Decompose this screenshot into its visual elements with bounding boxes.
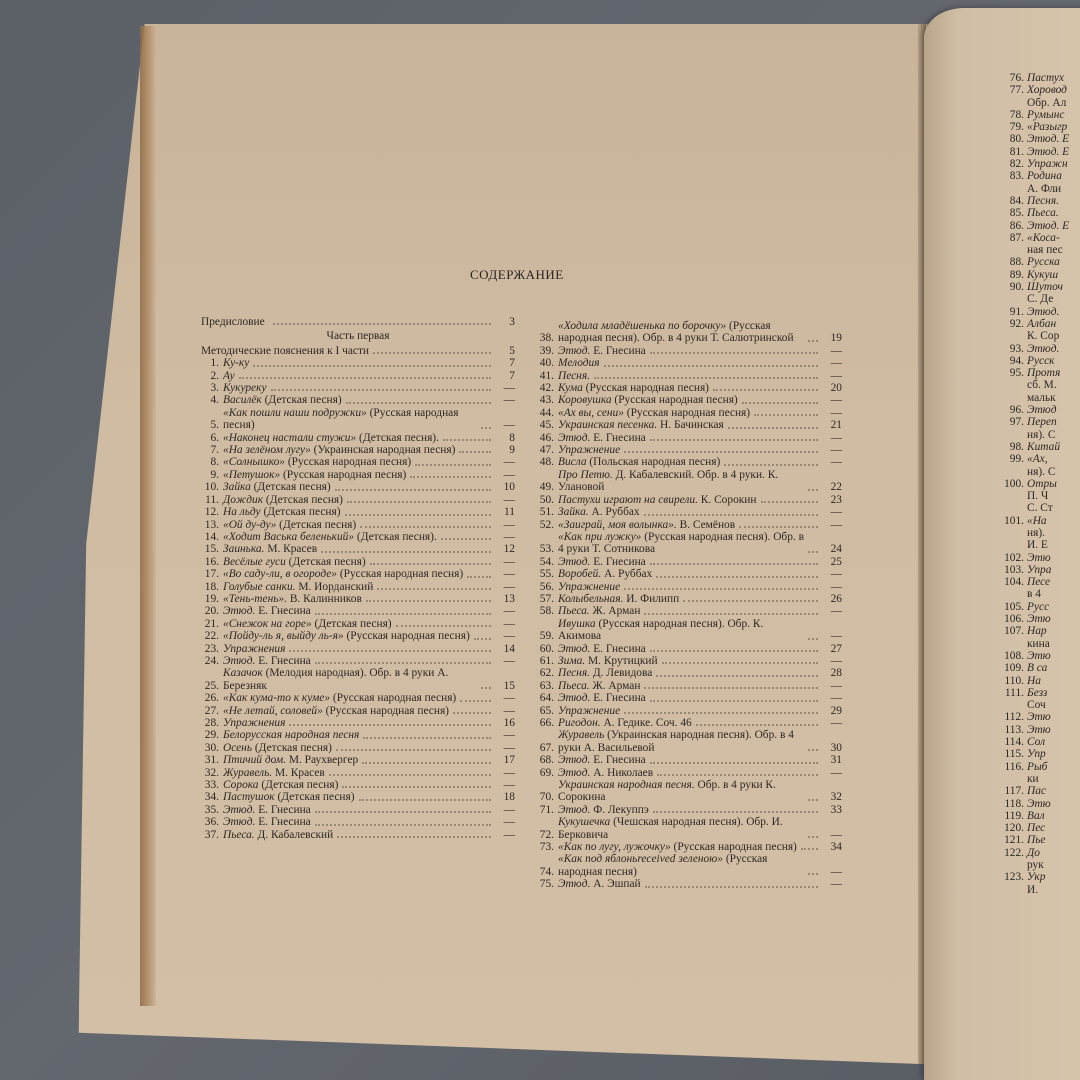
entry-subtitle: (Детская песня) — [263, 506, 340, 518]
entry-number: 12. — [201, 506, 219, 518]
dot-leader — [724, 464, 818, 466]
entry-subtitle: (Русская народная песня) — [326, 705, 449, 717]
entry-page-number: — — [822, 680, 842, 692]
entry-title: Ивушка — [558, 618, 596, 630]
entry-number: 3. — [201, 382, 219, 394]
toc-entry: 6.«Наконец настали стужи» (Детская песня… — [201, 432, 515, 444]
entry-number: 118. — [1000, 798, 1024, 810]
entry-number: 41. — [536, 370, 554, 382]
entry-page-number: 25 — [822, 556, 842, 568]
method-notes-page: 5 — [495, 345, 515, 357]
entry-number: 75. — [536, 878, 554, 890]
entry-number: 11. — [201, 494, 219, 506]
toc-entry-partial: 111.Безз — [1000, 687, 1080, 699]
entry-number: 77. — [1000, 84, 1024, 96]
entry-title: Этюд. — [558, 804, 590, 816]
toc-entry: 41.Песня. — — [536, 370, 842, 382]
entry-continuation: мальк — [1000, 392, 1080, 404]
entry-title: Сорока — [223, 779, 259, 791]
entry-title: Этю — [1027, 724, 1051, 736]
entry-page-number: — — [495, 816, 515, 828]
entry-number: 51. — [536, 506, 554, 518]
toc-entry: 60.Этюд. Е. Гнесина27 — [536, 643, 842, 655]
entry-subtitle: М. Крутицкий — [588, 655, 658, 667]
entry-title: Этюд. Е — [1027, 220, 1069, 232]
entry-title: «Как кума-то к куме» — [223, 692, 330, 704]
entry-page-number: 29 — [822, 705, 842, 717]
entry-title: «Пойду-ль я, выйду ль-я» — [223, 630, 344, 642]
entry-number: 22. — [201, 630, 219, 642]
entry-continuation: ня). С — [1000, 429, 1080, 441]
entry-title: Этюд. — [1027, 343, 1059, 355]
entry-subtitle: (Русская народная песня) — [288, 456, 411, 468]
toc-entry: 47.Упражнение — — [536, 444, 842, 456]
entry-title: Песня. — [558, 370, 590, 382]
entry-page-number: — — [495, 382, 515, 394]
entry-title: Василёк — [223, 394, 262, 406]
entry-page-number: 12 — [495, 543, 515, 555]
entry-number: 102. — [1000, 552, 1024, 564]
entry-number: 117. — [1000, 785, 1024, 797]
entry-title: Песня. — [558, 667, 590, 679]
dot-leader — [713, 389, 818, 391]
entry-title: Этюд. — [558, 767, 590, 779]
entry-title: «Разыгр — [1027, 121, 1067, 133]
entry-subtitle: А. Руббах — [604, 568, 652, 580]
entry-subtitle: Е. Гнесина — [593, 754, 646, 766]
entry-title: Пастухи играют на свирели. — [558, 494, 698, 506]
dot-leader — [289, 724, 491, 726]
dot-leader — [336, 749, 491, 751]
entry-subtitle: (Детская песня). — [359, 432, 439, 444]
entry-title: Пес — [1027, 822, 1045, 834]
entry-title: «Снежок на горе» — [223, 618, 312, 630]
entry-title: Албан — [1027, 318, 1056, 330]
toc-entry: 22.«Пойду-ль я, выйду ль-я» (Русская нар… — [201, 630, 515, 642]
entry-number: 88. — [1000, 256, 1024, 268]
entry-title: Этю — [1027, 711, 1051, 723]
entry-subtitle: Ж. Арман — [592, 605, 640, 617]
dot-leader — [761, 501, 819, 503]
dot-leader — [645, 886, 818, 888]
entry-page-number: 10 — [495, 481, 515, 493]
toc-entry-partial: 116.Рыб — [1000, 761, 1080, 773]
entry-number: 39. — [536, 345, 554, 357]
entry-number: 49. — [536, 481, 554, 493]
entry-page-number: — — [822, 519, 842, 531]
toc-entry: 11.Дождик (Детская песня)— — [201, 494, 515, 506]
entry-number: 21. — [201, 618, 219, 630]
dot-leader — [253, 365, 491, 367]
entry-title: «Солнышко» — [223, 456, 285, 468]
entry-title: Этюд. — [1027, 306, 1059, 318]
toc-entry: 52.«Заиграй, моя волынка». В. Семёнов— — [536, 519, 842, 531]
entry-page-number: — — [495, 531, 515, 543]
entry-page-number: 17 — [495, 754, 515, 766]
entry-page-number: — — [822, 692, 842, 704]
entry-number: 95. — [1000, 367, 1024, 379]
worn-page-edge — [140, 26, 156, 1006]
entry-title: Этюд — [1027, 404, 1056, 416]
entry-continuation: И. — [1000, 884, 1080, 896]
entry-number: 65. — [536, 705, 554, 717]
entry-number: 14. — [201, 531, 219, 543]
entry-title: Отры — [1027, 478, 1057, 490]
toc-entry: 2.Ау 7 — [201, 370, 515, 382]
entry-number: 61. — [536, 655, 554, 667]
entry-title: «Ой ду-ду» — [223, 519, 276, 531]
dot-leader — [377, 588, 491, 590]
toc-entry-partial: 121.Пье — [1000, 834, 1080, 846]
dot-leader — [808, 638, 818, 640]
entry-number: 44. — [536, 407, 554, 419]
entry-number: 90. — [1000, 281, 1024, 293]
entry-number: 46. — [536, 432, 554, 444]
entry-page-number: 8 — [495, 432, 515, 444]
dot-leader — [801, 848, 818, 850]
entry-number: 52. — [536, 519, 554, 531]
entry-subtitle: (Украинская народная песня) — [314, 444, 456, 456]
entry-page-number: 26 — [822, 593, 842, 605]
entry-continuation: ки — [1000, 773, 1080, 785]
entry-title: Этюд. — [558, 432, 590, 444]
entry-subtitle: К. Сорокин — [701, 494, 757, 506]
entry-number: 20. — [201, 605, 219, 617]
entry-number: 28. — [201, 717, 219, 729]
toc-entry-partial: 120.Пес — [1000, 822, 1080, 834]
dot-leader — [644, 687, 818, 689]
entry-title: Вал — [1027, 810, 1045, 822]
toc-entry-partial: 86.Этюд. Е — [1000, 220, 1080, 232]
entry-number: 106. — [1000, 613, 1024, 625]
entry-page-number: 27 — [822, 643, 842, 655]
entry-number: 87. — [1000, 232, 1024, 244]
entry-page-number: 23 — [822, 494, 842, 506]
toc-entry: 30.Осень (Детская песня)— — [201, 742, 515, 754]
dot-leader — [239, 377, 491, 379]
entry-title: Упражнение — [558, 581, 620, 593]
toc-entry: 51.Зайка. А. Руббах— — [536, 506, 842, 518]
dot-leader — [273, 323, 491, 325]
entry-page-number: — — [495, 568, 515, 580]
toc-entry-partial: 106.Этю — [1000, 613, 1080, 625]
dot-leader — [650, 762, 818, 764]
toc-entry: 49.Про Петю. Д. Кабалевский. Обр. в 4 ру… — [536, 469, 842, 494]
toc-entry: 48.Висла (Польская народная песня)— — [536, 456, 842, 468]
entry-number: 68. — [536, 754, 554, 766]
entry-title: Родина — [1027, 170, 1062, 182]
entry-page-number: — — [495, 767, 515, 779]
entry-subtitle: М. Красев — [267, 543, 317, 555]
entry-title: Переп — [1027, 416, 1057, 428]
entry-continuation: С. Ст — [1000, 502, 1080, 514]
toc-entry: 18.Голубые санки. М. Иорданский— — [201, 581, 515, 593]
toc-entry-partial: 100.Отры — [1000, 478, 1080, 490]
entry-title: Безз — [1027, 687, 1047, 699]
entry-title: Ригодон. — [558, 717, 601, 729]
entry-subtitle: Н. Бачинская — [660, 419, 724, 431]
entry-number: 58. — [536, 605, 554, 617]
entry-number: 1. — [201, 357, 219, 369]
toc-entry: 43.Коровушка (Русская народная песня)— — [536, 394, 842, 406]
entry-page-number: — — [822, 407, 842, 419]
entry-number: 107. — [1000, 625, 1024, 637]
entry-number: 25. — [201, 680, 219, 692]
toc-entry: 57.Колыбельная. И. Филипп26 — [536, 593, 842, 605]
entry-title: Этю — [1027, 552, 1051, 564]
dot-leader — [370, 563, 491, 565]
entry-title: Этю — [1027, 650, 1051, 662]
toc-entry: 19.«Тень-тень». В. Калинников13 — [201, 593, 515, 605]
entry-continuation: Обр. Ал — [1000, 97, 1080, 109]
toc-entry-partial: 102.Этю — [1000, 552, 1080, 564]
entry-subtitle: (Русская народная песня) — [333, 692, 456, 704]
dot-leader — [360, 526, 491, 528]
toc-entry: 70.Украинская народная песня. Обр. в 4 р… — [536, 779, 842, 804]
toc-entry: 37.Пьеса. Д. Кабалевский— — [201, 829, 515, 841]
dot-leader — [650, 700, 818, 702]
entry-page-number: — — [495, 419, 515, 431]
dot-leader — [657, 774, 818, 776]
entry-number: 59. — [536, 630, 554, 642]
toc-entry: 31.Птичий дом. М. Раухвергер17 — [201, 754, 515, 766]
entry-title: «На зелёном лугу» — [223, 444, 311, 456]
toc-entry: 42.Кума (Русская народная песня)20 — [536, 382, 842, 394]
entry-page-number: — — [822, 829, 842, 841]
entry-page-number: — — [822, 581, 842, 593]
toc-entry: 9.«Петушок» (Русская народная песня)— — [201, 469, 515, 481]
entry-number: 103. — [1000, 564, 1024, 576]
toc-entry-partial: 85.Пьеса. — [1000, 207, 1080, 219]
entry-subtitle: Ф. Лекуппэ — [593, 804, 649, 816]
entry-title: Этю — [1027, 798, 1051, 810]
entry-page-number: — — [822, 767, 842, 779]
entry-page-number: 21 — [822, 419, 842, 431]
entry-number: 100. — [1000, 478, 1024, 490]
entry-number: 10. — [201, 481, 219, 493]
preface-label: Предисловие — [201, 316, 265, 328]
toc-entry-partial: 97.Переп — [1000, 416, 1080, 428]
dot-leader — [808, 489, 818, 491]
toc-entry: 36.Этюд. Е. Гнесина— — [201, 816, 515, 828]
toc-entry: 66.Ригодон. А. Гедике. Соч. 46— — [536, 717, 842, 729]
entry-number: 83. — [1000, 170, 1024, 182]
entry-title: «Ходила младёшенька по борочку» — [558, 320, 726, 332]
entry-page-number: 9 — [495, 444, 515, 456]
entry-title: Зайка. — [558, 506, 589, 518]
entry-page-number: — — [495, 804, 515, 816]
entry-number: 86. — [1000, 220, 1024, 232]
entry-number: 33. — [201, 779, 219, 791]
entry-page-number: — — [822, 394, 842, 406]
entry-continuation: С. Де — [1000, 293, 1080, 305]
entry-title: Этюд. Е — [1027, 146, 1069, 158]
dot-leader — [335, 489, 491, 491]
entry-title: Упражнение — [558, 444, 620, 456]
entry-subtitle: М. Раухвергер — [289, 754, 358, 766]
entry-number: 96. — [1000, 404, 1024, 416]
toc-entry: 8.«Солнышко» (Русская народная песня)— — [201, 456, 515, 468]
entry-number: 34. — [201, 791, 219, 803]
dot-leader — [808, 799, 818, 801]
toc-entry: 68.Этюд. Е. Гнесина31 — [536, 754, 842, 766]
entry-page-number: — — [495, 618, 515, 630]
entry-continuation: А. Фли — [1000, 183, 1080, 195]
entry-page-number: 20 — [822, 382, 842, 394]
toc-entry-partial: 108.Этю — [1000, 650, 1080, 662]
entry-title: Румынс — [1027, 109, 1064, 121]
entry-number: 30. — [201, 742, 219, 754]
entry-title: «Наконец настали стужи» — [223, 432, 356, 444]
entry-number: 73. — [536, 841, 554, 853]
toc-entry: 44.«Ах вы, сени» (Русская народная песня… — [536, 407, 842, 419]
toc-entries-right: 76.Пастух77.ХороводОбр. Ал78.Румынс79.«Р… — [1000, 72, 1080, 896]
entry-title: «Во саду-ли, в огороде» — [223, 568, 337, 580]
entry-number: 121. — [1000, 834, 1024, 846]
entry-title: «Ах, — [1027, 453, 1048, 465]
dot-leader — [441, 538, 491, 540]
entry-title: Ау — [223, 370, 235, 382]
entry-continuation: ня). С — [1000, 466, 1080, 478]
toc-entry: 46.Этюд. Е. Гнесина— — [536, 432, 842, 444]
entry-subtitle: (Детская песня) — [279, 519, 356, 531]
entry-page-number: — — [495, 655, 515, 667]
entry-number: 36. — [201, 816, 219, 828]
entry-title: Этюд. — [558, 754, 590, 766]
entry-continuation: И. Е — [1000, 539, 1080, 551]
entry-page-number: — — [822, 568, 842, 580]
entry-number: 66. — [536, 717, 554, 729]
entry-subtitle: (Детская песня) — [277, 791, 354, 803]
toc-entry: 58.Пьеса. Ж. Арман— — [536, 605, 842, 617]
toc-entry-partial: 95.Протя — [1000, 367, 1080, 379]
toc-entry: 17.«Во саду-ли, в огороде» (Русская наро… — [201, 568, 515, 580]
entry-title: «Как при лужку» — [558, 531, 641, 543]
entry-number: 115. — [1000, 748, 1024, 760]
entry-page-number: — — [822, 345, 842, 357]
toc-entry-partial: 107.Нар — [1000, 625, 1080, 637]
toc-entry-partial: 82.Упражн — [1000, 158, 1080, 170]
entry-page-number: 13 — [495, 593, 515, 605]
entry-page-number: — — [495, 729, 515, 741]
entry-title: Висла — [558, 456, 587, 468]
toc-entry-partial: 93.Этюд. — [1000, 343, 1080, 355]
entry-number: 112. — [1000, 711, 1024, 723]
entry-subtitle: М. Красев — [275, 767, 325, 779]
dot-leader — [650, 352, 818, 354]
entry-page-number: 14 — [495, 643, 515, 655]
entry-title: Кукуреку — [223, 382, 267, 394]
entry-subtitle: А. Руббах — [591, 506, 639, 518]
entry-number: 54. — [536, 556, 554, 568]
entry-title: До — [1027, 847, 1040, 859]
entry-title: Упражнения — [223, 717, 285, 729]
dot-leader — [373, 352, 491, 354]
entry-number: 76. — [1000, 72, 1024, 84]
dot-leader — [366, 600, 491, 602]
entry-number: 17. — [201, 568, 219, 580]
toc-entry: 54.Этюд. Е. Гнесина25 — [536, 556, 842, 568]
toc-entries-middle: 38.«Ходила младёшенька по борочку» (Русс… — [536, 320, 842, 891]
entry-page-number: — — [495, 692, 515, 704]
entry-subtitle: (Детская песня) — [254, 481, 331, 493]
entry-subtitle: (Детская песня) — [266, 494, 343, 506]
toc-column-middle: 38.«Ходила младёшенька по борочку» (Русс… — [536, 320, 842, 891]
entry-title: Этюд. — [558, 692, 590, 704]
entry-page-number: — — [822, 630, 842, 642]
entry-page-number: 16 — [495, 717, 515, 729]
entry-title: Пьеса. — [558, 680, 590, 692]
entry-number: 116. — [1000, 761, 1024, 773]
entry-number: 35. — [201, 804, 219, 816]
dot-leader — [467, 576, 491, 578]
entry-number: 69. — [536, 767, 554, 779]
entry-number: 122. — [1000, 847, 1024, 859]
toc-entry: 55.Воробей. А. Руббах— — [536, 568, 842, 580]
toc-entry-partial: 103.Упра — [1000, 564, 1080, 576]
entry-number: 82. — [1000, 158, 1024, 170]
entry-title: Весёлые гуси — [223, 556, 286, 568]
dot-leader — [624, 712, 818, 714]
entry-title: Этюд. — [558, 878, 590, 890]
entry-number: 67. — [536, 742, 554, 754]
toc-entry: 45.Украинская песенка. Н. Бачинская21 — [536, 419, 842, 431]
toc-entry: 28.Упражнения 16 — [201, 717, 515, 729]
toc-entry-partial: 118.Этю — [1000, 798, 1080, 810]
entry-title: Этюд. — [558, 643, 590, 655]
entry-title: Голубые санки. — [223, 581, 296, 593]
entry-continuation: Соч — [1000, 699, 1080, 711]
entry-title: На — [1027, 675, 1041, 687]
part-heading: Часть первая — [201, 330, 515, 342]
entry-subtitle: (Детская песня) — [315, 618, 392, 630]
entry-subtitle: А. Эшпай — [593, 878, 640, 890]
toc-entry-partial: 96.Этюд — [1000, 404, 1080, 416]
entry-subtitle: (Детская песня) — [289, 556, 366, 568]
entry-number: 111. — [1000, 687, 1024, 699]
entry-number: 71. — [536, 804, 554, 816]
entry-subtitle: Е. Гнесина — [258, 804, 311, 816]
entry-title: «Как по лугу, лужочку» — [558, 841, 671, 853]
entry-title: Пьеса. — [1027, 207, 1059, 219]
entry-title: Этюд. — [558, 345, 590, 357]
entry-title: Сол — [1027, 736, 1045, 748]
toc-entry-partial: 112.Этю — [1000, 711, 1080, 723]
toc-entry: 38.«Ходила младёшенька по борочку» (Русс… — [536, 320, 842, 345]
entry-continuation: К. Сор — [1000, 330, 1080, 342]
toc-entry: 20.Этюд. Е. Гнесина— — [201, 605, 515, 617]
toc-entry-partial: 84.Песня. — [1000, 195, 1080, 207]
toc-entry-partial: 123.Укр — [1000, 871, 1080, 883]
entry-title: Осень — [223, 742, 252, 754]
entry-page-number: 11 — [495, 506, 515, 518]
entry-number: 50. — [536, 494, 554, 506]
preface-page: 3 — [495, 316, 515, 328]
entry-page-number: — — [495, 630, 515, 642]
entry-page-number: 30 — [822, 742, 842, 754]
entry-title: Журавель. — [223, 767, 272, 779]
entry-subtitle: (Детская песня) — [265, 394, 342, 406]
dot-leader — [594, 377, 818, 379]
entry-page-number: 7 — [495, 370, 515, 382]
entry-page-number: — — [822, 878, 842, 890]
entry-title: Белорусская народная песня — [223, 729, 359, 741]
dot-leader — [345, 514, 491, 516]
entry-number: 108. — [1000, 650, 1024, 662]
entry-number: 98. — [1000, 441, 1024, 453]
dot-leader — [362, 762, 491, 764]
entry-continuation: ная пес — [1000, 244, 1080, 256]
